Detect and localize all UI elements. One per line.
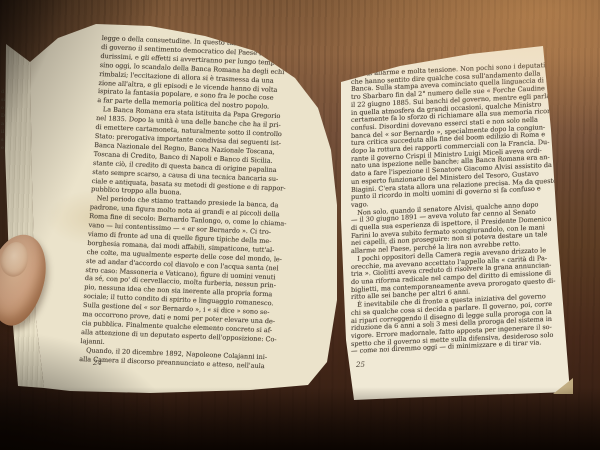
left-page-number: 24	[93, 359, 102, 367]
right-page-text: aria di allarme e molta tensione. Non po…	[351, 61, 571, 356]
thumb-nail-icon	[0, 239, 32, 279]
right-page-number: 25	[356, 361, 365, 369]
previous-page-edge-text: dsioDailse	[1, 90, 10, 151]
book-photo: dsioDailse legge o della consuetudine. I…	[0, 0, 600, 450]
left-page-text: legge o della consuetudine. In questo tu…	[79, 34, 346, 373]
